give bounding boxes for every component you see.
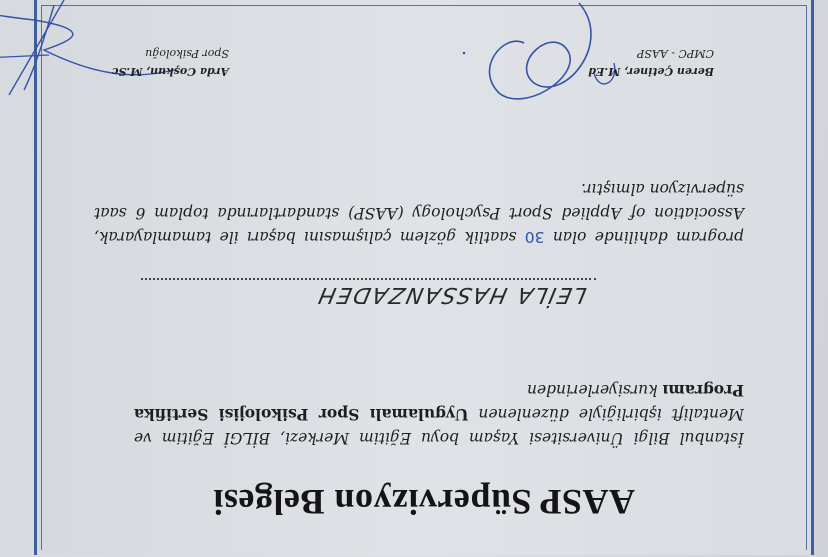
signatory-2-name: Arda Coşkun, M.Sc xyxy=(112,62,229,80)
signatory-2-title: Spor Psikoloğu xyxy=(112,44,229,62)
recipient-name: LEİLA HASSANZADEH xyxy=(315,282,589,307)
body-text-1: program dahilinde olan xyxy=(545,228,744,246)
certificate-intro: İstanbul Bilgi Üniversitesi Yaşam boyu E… xyxy=(134,378,744,450)
certificate: AASP Süpervizyon Belgesi İstanbul Bilgi … xyxy=(34,0,814,555)
certificate-body: program dahilinde olan 30 saatlik gözlem… xyxy=(94,177,744,249)
certificate-title: AASP Süpervizyon Belgesi xyxy=(34,481,814,523)
intro-text-2: kursiyerlerinden xyxy=(527,381,663,399)
recipient-name-line: LEİLA HASSANZADEH xyxy=(141,278,596,310)
signatory-1-name: Beren Çetiner, M.Ed xyxy=(588,62,714,80)
certificate-photo: AASP Süpervizyon Belgesi İstanbul Bilgi … xyxy=(0,0,828,557)
observation-hours: 30 xyxy=(525,228,545,246)
signatory-2: Arda Coşkun, M.Sc Spor Psikoloğu xyxy=(112,44,229,80)
signatory-1: Beren Çetiner, M.Ed CMPC - AASP xyxy=(588,44,714,80)
signatory-1-title: CMPC - AASP xyxy=(588,44,714,62)
